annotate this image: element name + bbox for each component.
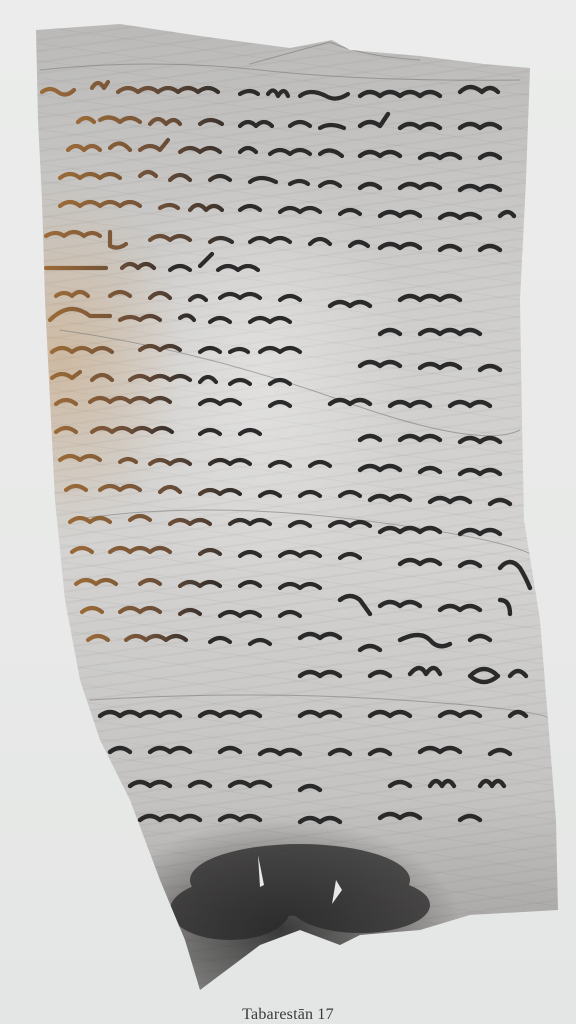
handwritten-script (0, 0, 576, 1000)
figure-caption: Tabarestān 17 (0, 1006, 576, 1024)
document-page: Tabarestān 17 (0, 0, 576, 1024)
